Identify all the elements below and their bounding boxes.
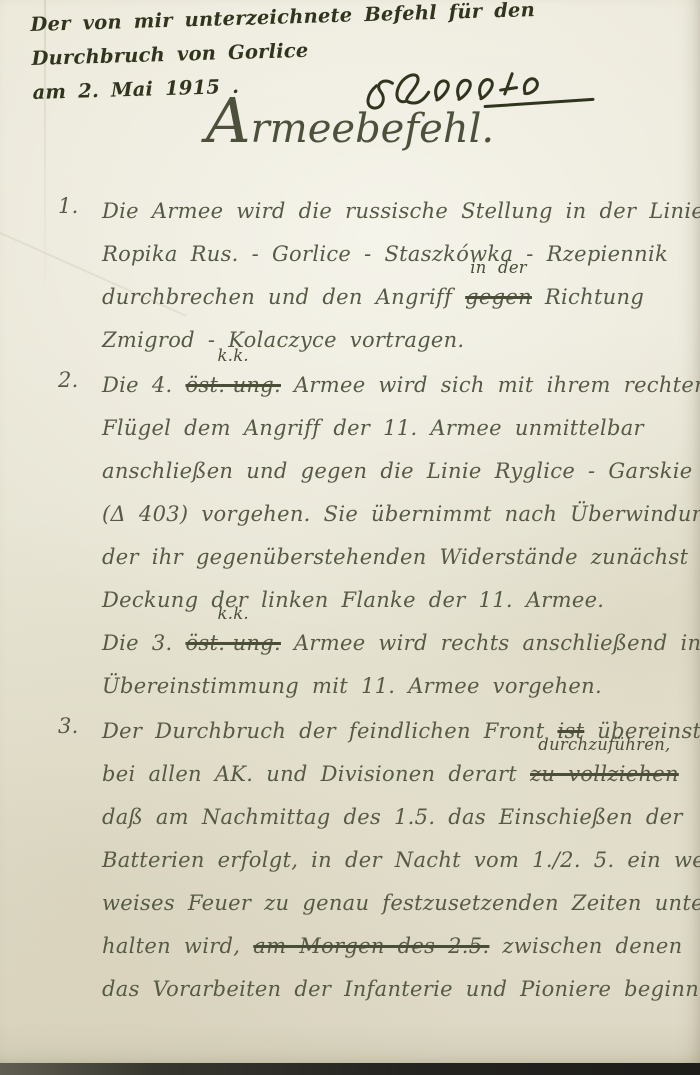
document-title: Armeebefehl. — [0, 84, 700, 157]
text-line: daß am Nachmittag des 1.5. das Einschieß… — [102, 796, 678, 839]
item-text: Die 4. k.k.öst.-ung. Armee wird sich mit… — [102, 364, 678, 708]
text-segment: bei allen AK. und Divisionen derart — [102, 762, 530, 786]
text-line: durchbrechen und den Angriff in dergegen… — [102, 276, 678, 319]
text-line: halten wird, am Morgen des 2.5. zwischen… — [102, 925, 678, 968]
text-segment: Die Armee wird die russische Stellung in… — [102, 199, 700, 223]
text-segment: Armee wird rechts anschließend in — [281, 631, 700, 655]
text-segment: Der Durchbruch der feindlichen Front — [102, 719, 557, 743]
struck-text: öst.-ung. — [185, 373, 281, 397]
text-line: Zmigrod - Kolaczyce vortragen. — [102, 319, 678, 362]
text-line: Batterien erfolgt, in der Nacht vom 1./2… — [102, 839, 678, 882]
text-line: der ihr gegenüberstehenden Widerstände z… — [102, 536, 678, 579]
text-line: Flügel dem Angriff der 11. Armee unmitte… — [102, 407, 678, 450]
text-segment: weises Feuer zu genau festzusetzenden Ze… — [102, 891, 700, 915]
text-line: das Vorarbeiten der Infanterie und Pioni… — [102, 968, 678, 1011]
order-body: 1. Die Armee wird die russische Stellung… — [58, 190, 678, 1013]
text-segment: Richtung — [532, 285, 644, 309]
correction: k.k.öst.-ung. — [185, 622, 281, 665]
text-line: anschließen und gegen die Linie Ryglice … — [102, 450, 678, 493]
item-number: 1. — [58, 194, 79, 218]
photo-bottom-edge — [0, 1063, 700, 1075]
text-segment: daß am Nachmittag des 1.5. das Einschieß… — [102, 805, 683, 829]
correction: k.k.öst.-ung. — [185, 364, 281, 407]
correction: durchzuführen,zu vollziehen — [530, 753, 679, 796]
text-segment: der ihr gegenüberstehenden Widerstände z… — [102, 545, 700, 569]
text-segment: halten wird, — [102, 934, 253, 958]
text-segment: Armee wird sich mit ihrem rechten — [281, 373, 700, 397]
text-segment: Flügel dem Angriff der 11. Armee unmitte… — [102, 416, 644, 440]
inserted-text: k.k. — [218, 348, 249, 364]
inserted-text: k.k. — [218, 606, 249, 622]
text-line: Deckung der linken Flanke der 11. Armee. — [102, 579, 678, 622]
item-text: Der Durchbruch der feindlichen Front ist… — [102, 710, 678, 1011]
text-line: weises Feuer zu genau festzusetzenden Ze… — [102, 882, 678, 925]
inserted-text: durchzuführen, — [538, 737, 670, 753]
item-number: 3. — [58, 714, 79, 738]
text-segment: Zmigrod - Kolaczyce vortragen. — [102, 328, 464, 352]
item-number: 2. — [58, 368, 79, 392]
text-segment: zwischen denen — [489, 934, 682, 958]
text-segment: das Vorarbeiten der Infanterie und Pioni… — [102, 977, 700, 1001]
order-item-2: 2. Die 4. k.k.öst.-ung. Armee wird sich … — [58, 364, 678, 708]
text-line: bei allen AK. und Divisionen derart durc… — [102, 753, 678, 796]
text-segment: Die 4. — [102, 373, 185, 397]
text-segment: Deckung der linken Flanke der 11. Armee. — [102, 588, 604, 612]
order-item-3: 3. Der Durchbruch der feindlichen Front … — [58, 710, 678, 1011]
text-line: Die 4. k.k.öst.-ung. Armee wird sich mit… — [102, 364, 678, 407]
text-segment: durchbrechen und den Angriff — [102, 285, 465, 309]
text-line: Die 3. k.k.öst.-ung. Armee wird rechts a… — [102, 622, 678, 665]
text-segment: Übereinstimmung mit 11. Armee vorgehen. — [102, 674, 602, 698]
document-page: Der von mir unterzeichnete Befehl für de… — [0, 0, 700, 1075]
item-text: Die Armee wird die russische Stellung in… — [102, 190, 678, 362]
text-line: Ropika Rus. - Gorlice - Staszkówka - Rze… — [102, 233, 678, 276]
struck-text: am Morgen des 2.5. — [253, 934, 489, 958]
text-segment: (Δ 403) vorgehen. Sie übernimmt nach Übe… — [102, 502, 700, 526]
struck-text: zu vollziehen — [530, 762, 679, 786]
struck-text: öst.-ung. — [185, 631, 281, 655]
text-segment: Die 3. — [102, 631, 185, 655]
struck-text: gegen — [465, 285, 532, 309]
text-segment: anschließen und gegen die Linie Ryglice … — [102, 459, 693, 483]
text-line: Die Armee wird die russische Stellung in… — [102, 190, 678, 233]
text-line: Übereinstimmung mit 11. Armee vorgehen. — [102, 665, 678, 708]
text-segment: Ropika Rus. - Gorlice - Staszkówka - Rze… — [102, 242, 668, 266]
text-segment: Batterien erfolgt, in der Nacht vom 1./2… — [102, 848, 700, 872]
order-item-1: 1. Die Armee wird die russische Stellung… — [58, 190, 678, 362]
correction: in dergegen — [465, 276, 532, 319]
text-line: (Δ 403) vorgehen. Sie übernimmt nach Übe… — [102, 493, 678, 536]
inserted-text: in der — [470, 260, 527, 276]
